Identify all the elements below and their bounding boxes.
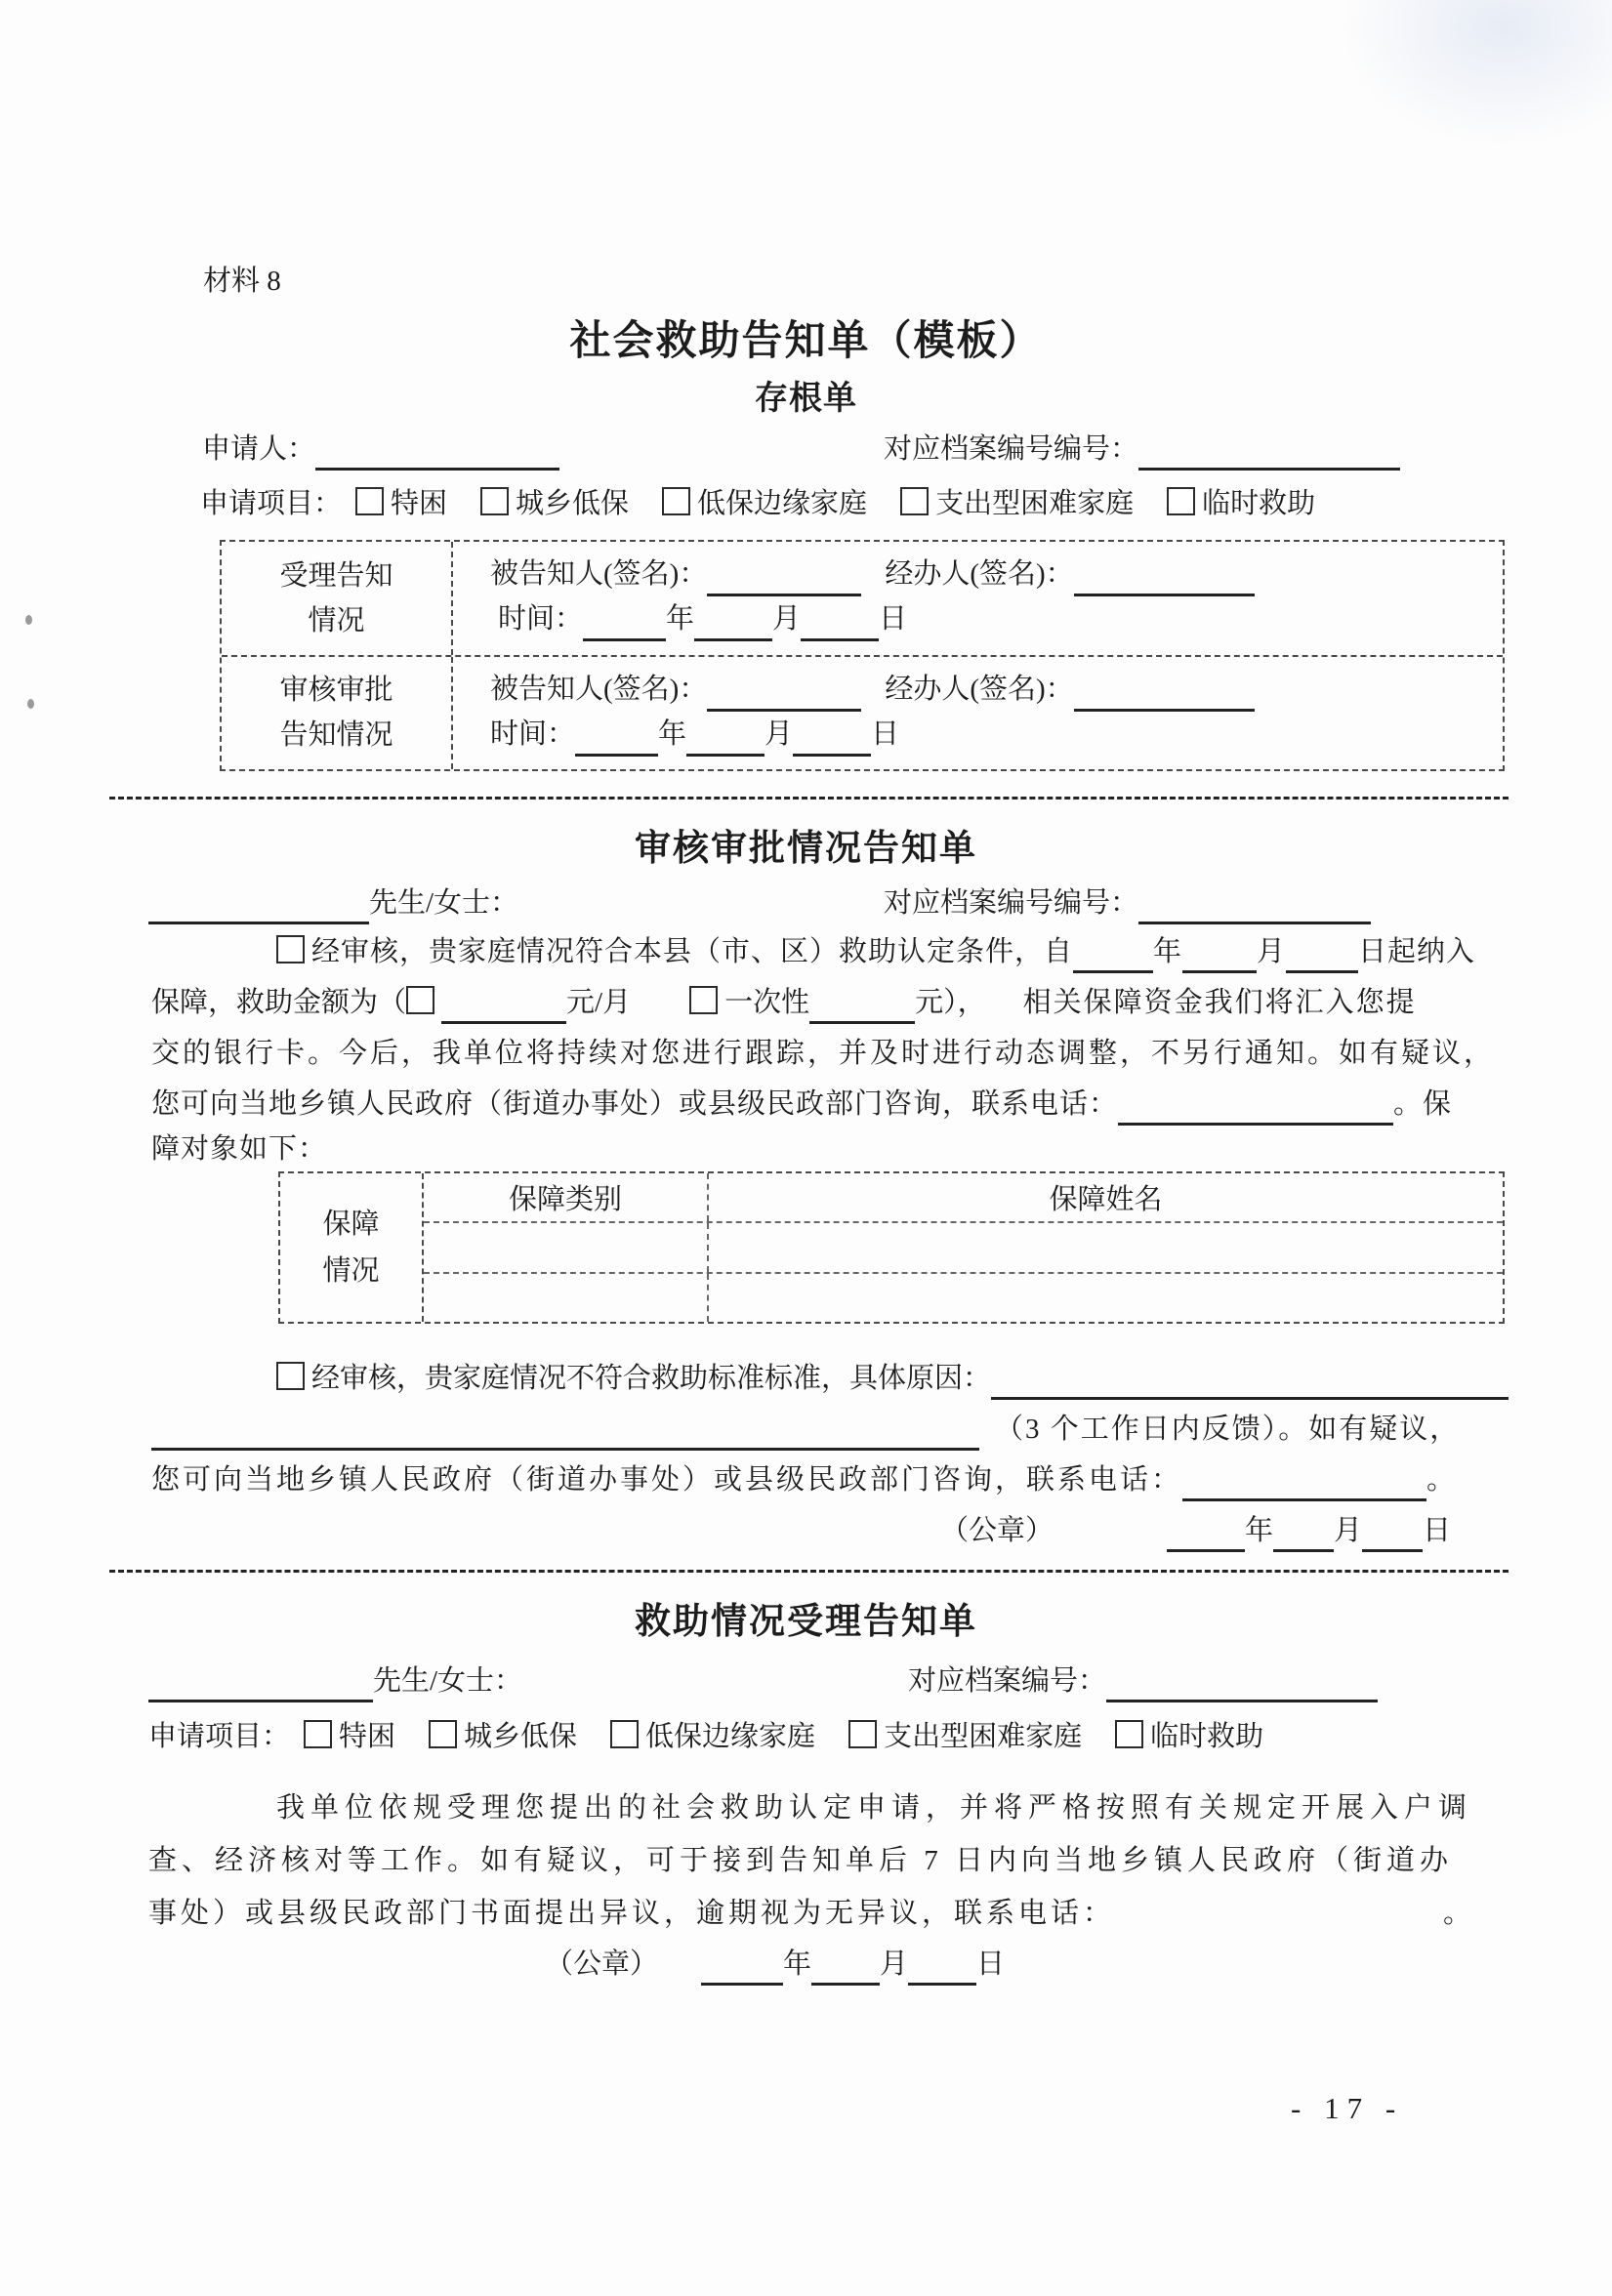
review-date-line: 年月日 <box>1167 1509 1451 1552</box>
apply-option: 低保边缘家庭 <box>662 488 867 519</box>
acceptance-title: 救助情况受理告知单 <box>0 1591 1612 1644</box>
apply-option-label: 低保边缘家庭 <box>645 1721 815 1752</box>
notified-blank <box>707 560 861 596</box>
apply-option: 城乡低保 <box>429 1721 577 1752</box>
stub-file-no-line: 对应档案编号编号： <box>884 428 1400 471</box>
row-label-line: 保障 <box>322 1209 379 1240</box>
reject-text: 经审核，贵家庭情况不符合救助标准标准，具体原因： <box>311 1363 991 1394</box>
type-cell <box>424 1274 709 1322</box>
apply-option-label: 临时救助 <box>1150 1721 1263 1752</box>
apply-option: 支出型困难家庭 <box>900 488 1134 519</box>
handler-blank <box>1074 560 1255 596</box>
file-no-blank <box>1106 1662 1378 1702</box>
guarantee-header-row: 保障类别 保障姓名 <box>424 1173 1503 1221</box>
approve-text: 元）， <box>915 987 986 1018</box>
acceptance-items-line: 申请项目：特困城乡低保低保边缘家庭支出型困难家庭临时救助 <box>148 1715 1297 1758</box>
checkbox-icon <box>1167 487 1195 515</box>
year-label: 年 <box>783 1948 811 1980</box>
row-label: 审核审批 告知情况 <box>222 657 453 770</box>
name-cell <box>709 1274 1503 1322</box>
row-label-line: 告知情况 <box>279 713 393 758</box>
apply-option: 特困 <box>355 488 447 519</box>
table-row-review-notify: 审核审批 告知情况 被告知人(签名)：经办人(签名)： 时间：年月日 <box>222 655 1503 770</box>
day-blank <box>908 1946 976 1986</box>
acceptance-para-3-period: 。 <box>1443 1892 1471 1935</box>
approve-line-4: 您可向当地乡镇人民政府（街道办事处）或县级民政部门咨询，联系电话：。保 <box>151 1083 1452 1126</box>
acceptance-salutation-line: 先生/女士： <box>148 1660 522 1702</box>
approve-text: 您可向当地乡镇人民政府（街道办事处）或县级民政部门咨询，联系电话： <box>151 1088 1118 1120</box>
applicant-line: 申请人： <box>202 428 559 471</box>
row-body: 被告知人(签名)：经办人(签名)： 时间：年月日 <box>453 542 1503 655</box>
year-blank <box>1073 933 1153 973</box>
page-title: 社会救助告知单（模板） <box>0 308 1612 367</box>
apply-option-label: 支出型困难家庭 <box>935 488 1134 519</box>
checkbox-icon <box>355 487 384 515</box>
apply-option-label: 特困 <box>391 488 447 519</box>
approve-text: 一次性 <box>724 987 809 1018</box>
approve-text: 经审核，贵家庭情况符合本县（市、区）救助认定条件，自 <box>311 936 1073 967</box>
row-body: 被告知人(签名)：经办人(签名)： 时间：年月日 <box>453 657 1503 770</box>
reject-text: 您可向当地乡镇人民政府（街道办事处）或县级民政部门咨询，联系电话： <box>151 1464 1182 1496</box>
acceptance-para-3: 事处）或县级民政部门书面提出异议，逾期视为无异议，联系电话： <box>148 1892 1115 1935</box>
file-no-blank <box>1138 430 1400 471</box>
time-label: 时间： <box>490 718 575 750</box>
approve-line-2: 保障，救助金额为（元/月一次性元），相关保障资金我们将汇入您提 <box>151 981 1417 1024</box>
signature-line: 被告知人(签名)：经办人(签名)： <box>490 552 1503 596</box>
approve-text: 障对象如下： <box>151 1133 327 1165</box>
phone-blank <box>1182 1461 1426 1501</box>
month-label: 月 <box>1257 936 1286 967</box>
amount-blank <box>441 984 566 1024</box>
year-label: 年 <box>666 603 694 635</box>
day-label: 日 <box>1423 1515 1451 1546</box>
checkbox-icon <box>276 1362 305 1390</box>
applicant-blank <box>315 430 559 471</box>
scan-speck <box>25 615 32 625</box>
approve-line-3: 交的银行卡。今后，我单位将持续对您进行跟踪，并及时进行动态调整，不另行通知。如有… <box>151 1032 1495 1075</box>
handler-blank <box>1074 676 1255 712</box>
review-salutation-line: 先生/女士： <box>148 881 518 924</box>
name-cell <box>709 1223 1503 1271</box>
scan-speck <box>27 699 34 709</box>
month-label: 月 <box>772 603 801 635</box>
row-label-line: 审核审批 <box>279 668 393 713</box>
approve-text: 。保 <box>1393 1088 1452 1120</box>
notified-label: 被告知人(签名)： <box>490 674 707 705</box>
reason-blank <box>151 1411 979 1451</box>
apply-option-label: 低保边缘家庭 <box>697 488 867 519</box>
year-label: 年 <box>1245 1515 1273 1546</box>
reject-line-2: （3 个工作日内反馈）。如有疑议， <box>151 1408 1460 1451</box>
review-title: 审核审批情况告知单 <box>0 818 1612 871</box>
checkbox-icon <box>689 986 718 1014</box>
type-cell <box>424 1223 709 1271</box>
day-blank <box>801 605 879 641</box>
guarantee-table-main: 保障类别 保障姓名 <box>424 1173 1503 1322</box>
apply-option: 临时救助 <box>1115 1721 1263 1752</box>
table-row-acceptance-notify: 受理告知 情况 被告知人(签名)：经办人(签名)： 时间：年月日 <box>222 542 1503 655</box>
checkbox-icon <box>304 1720 332 1748</box>
reject-text: （3 个工作日内反馈）。如有疑议， <box>995 1414 1460 1445</box>
day-blank <box>1362 1512 1423 1552</box>
checkbox-icon <box>429 1720 457 1748</box>
month-blank <box>1273 1512 1334 1552</box>
section-divider <box>109 797 1509 799</box>
checkbox-icon <box>406 986 434 1014</box>
apply-option: 支出型困难家庭 <box>848 1721 1082 1752</box>
notified-blank <box>707 676 861 712</box>
reject-line-1: 经审核，贵家庭情况不符合救助标准标准，具体原因： <box>276 1357 1509 1400</box>
guarantee-empty-row <box>424 1221 1503 1271</box>
checkbox-icon <box>848 1720 877 1748</box>
apply-option: 低保边缘家庭 <box>610 1721 815 1752</box>
row-label-line: 情况 <box>322 1255 379 1287</box>
checkbox-icon <box>900 487 929 515</box>
apply-items-label: 申请项目： <box>148 1721 290 1752</box>
month-blank <box>686 720 765 757</box>
approve-line-1: 经审核，贵家庭情况符合本县（市、区）救助认定条件，自年月日起纳入 <box>276 930 1475 973</box>
amount-blank <box>809 984 915 1024</box>
apply-option-label: 城乡低保 <box>516 488 629 519</box>
notified-label: 被告知人(签名)： <box>490 558 707 590</box>
review-file-no-line: 对应档案编号编号： <box>884 881 1371 924</box>
guarantee-empty-row <box>424 1272 1503 1322</box>
file-no-label: 对应档案编号编号： <box>884 887 1138 919</box>
acceptance-file-no-line: 对应档案编号： <box>908 1660 1378 1702</box>
day-blank <box>793 720 871 757</box>
file-no-label: 对应档案编号： <box>908 1665 1106 1697</box>
page-subtitle: 存根单 <box>0 371 1612 419</box>
acceptance-para-1: 我单位依规受理您提出的社会救助认定申请，并将严格按照有关规定开展入户调 <box>276 1786 1472 1829</box>
approve-text: 交的银行卡。今后，我单位将持续对您进行跟踪，并及时进行动态调整，不另行通知。如有… <box>151 1038 1495 1069</box>
acceptance-date-line: 年月日 <box>701 1943 1005 1986</box>
checkbox-icon <box>480 487 509 515</box>
col-name-header: 保障姓名 <box>709 1173 1503 1221</box>
checkbox-icon <box>610 1720 639 1748</box>
day-label: 日 <box>871 718 899 750</box>
scan-smudge <box>1328 0 1612 156</box>
signature-line: 被告知人(签名)：经办人(签名)： <box>490 667 1503 712</box>
phone-blank <box>1118 1086 1393 1126</box>
handler-label: 经办人(签名)： <box>885 558 1073 590</box>
year-blank <box>583 605 666 641</box>
checkbox-icon <box>1115 1720 1143 1748</box>
reason-blank <box>991 1360 1509 1400</box>
apply-option: 城乡低保 <box>480 488 629 519</box>
name-blank <box>148 884 369 924</box>
checkbox-icon <box>662 487 690 515</box>
apply-items-line: 申请项目：特困城乡低保低保边缘家庭支出型困难家庭临时救助 <box>200 482 1348 525</box>
month-blank <box>811 1946 880 1986</box>
apply-option-label: 特困 <box>339 1721 395 1752</box>
apply-option: 临时救助 <box>1167 488 1315 519</box>
approve-text: 相关保障资金我们将汇入您提 <box>1023 987 1417 1018</box>
section-divider <box>109 1570 1509 1573</box>
approve-text: 元/月 <box>566 987 631 1018</box>
acceptance-para-2: 查、经济核对等工作。如有疑议，可于接到告知单后 7 日内向当地乡镇人民政府（街道… <box>148 1839 1453 1882</box>
material-label: 材料 8 <box>203 260 281 303</box>
acceptance-seal-label: （公章） <box>545 1943 658 1986</box>
day-label: 日 <box>879 603 907 635</box>
month-blank <box>1182 933 1257 973</box>
row-label-line: 受理告知 <box>279 553 393 598</box>
salutation-label: 先生/女士： <box>369 887 518 919</box>
file-no-blank <box>1138 884 1371 924</box>
review-seal-label: （公章） <box>940 1509 1054 1552</box>
applicant-label: 申请人： <box>202 433 315 465</box>
guarantee-table: 保障 情况 保障类别 保障姓名 <box>278 1171 1505 1324</box>
time-line: 时间：年月日 <box>490 596 1503 641</box>
reject-line-3: 您可向当地乡镇人民政府（街道办事处）或县级民政部门咨询，联系电话：。 <box>151 1458 1458 1501</box>
apply-option: 特困 <box>304 1721 395 1752</box>
col-type-header: 保障类别 <box>424 1173 709 1221</box>
year-blank <box>1167 1512 1245 1552</box>
apply-option-label: 支出型困难家庭 <box>884 1721 1082 1752</box>
month-label: 月 <box>880 1948 908 1980</box>
approve-line-5: 障对象如下： <box>151 1127 327 1170</box>
row-label: 受理告知 情况 <box>222 542 453 655</box>
guarantee-row-label: 保障 情况 <box>280 1173 424 1322</box>
year-blank <box>575 720 658 757</box>
year-blank <box>701 1946 783 1986</box>
page-number: - 17 - <box>1291 2087 1403 2130</box>
reject-text: 。 <box>1426 1464 1458 1496</box>
handler-label: 经办人(签名)： <box>885 674 1073 705</box>
approve-text: 日起纳入 <box>1358 936 1475 967</box>
time-line: 时间：年月日 <box>490 712 1503 757</box>
month-label: 月 <box>1334 1515 1362 1546</box>
month-blank <box>694 605 772 641</box>
year-label: 年 <box>658 718 686 750</box>
day-blank <box>1286 933 1358 973</box>
notify-record-table: 受理告知 情况 被告知人(签名)：经办人(签名)： 时间：年月日 审核审批 告知… <box>220 540 1505 771</box>
file-no-label: 对应档案编号编号： <box>884 433 1138 465</box>
month-label: 月 <box>765 718 793 750</box>
scanned-form-page: 材料 8 社会救助告知单（模板） 存根单 申请人： 对应档案编号编号： 申请项目… <box>0 0 1612 2296</box>
year-label: 年 <box>1153 936 1182 967</box>
name-blank <box>148 1662 373 1702</box>
day-label: 日 <box>976 1948 1005 1980</box>
approve-text: 保障，救助金额为（ <box>151 987 406 1018</box>
checkbox-icon <box>276 935 305 963</box>
salutation-label: 先生/女士： <box>373 1665 522 1697</box>
row-label-line: 情况 <box>308 598 364 643</box>
apply-items-label: 申请项目： <box>200 488 342 519</box>
apply-option-label: 临时救助 <box>1202 488 1315 519</box>
apply-option-label: 城乡低保 <box>464 1721 577 1752</box>
time-label: 时间： <box>498 603 583 635</box>
